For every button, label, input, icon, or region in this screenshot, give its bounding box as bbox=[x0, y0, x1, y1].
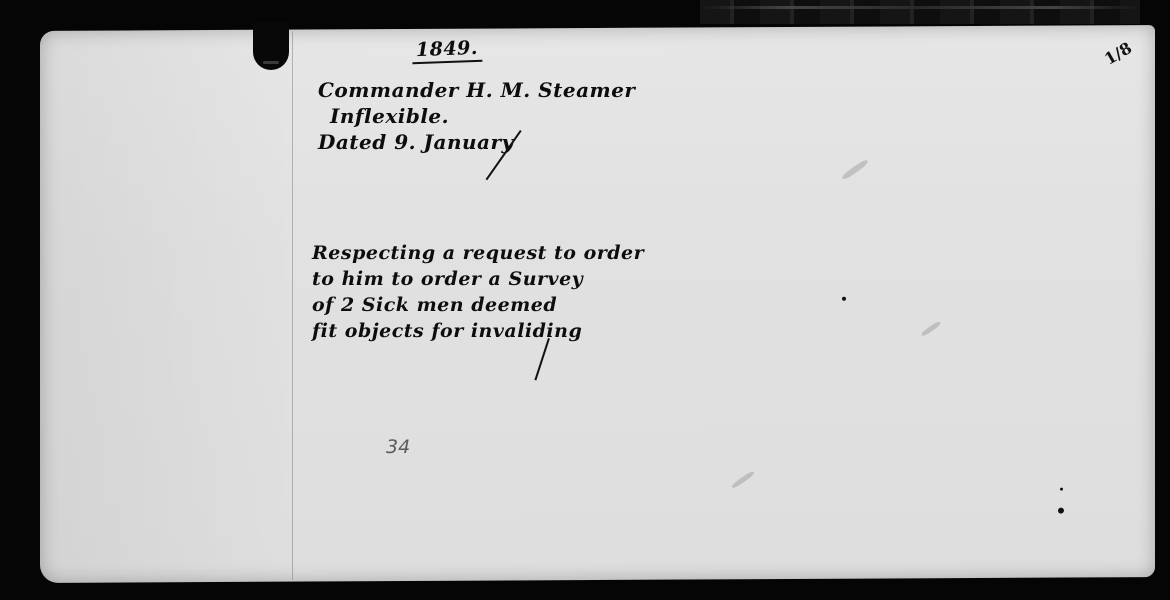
fold-line bbox=[292, 32, 293, 580]
paper-smudge bbox=[731, 470, 755, 489]
docket-description-line-3: of 2 Sick men deemed bbox=[312, 294, 557, 316]
paper-smudge bbox=[841, 159, 869, 181]
ink-speck bbox=[1060, 488, 1063, 491]
paper-smudge bbox=[921, 320, 942, 337]
left-fold-panel bbox=[40, 30, 295, 583]
docket-sender: Commander H. M. Steamer bbox=[318, 78, 635, 102]
ink-speck bbox=[842, 297, 846, 301]
ink-speck bbox=[1058, 508, 1064, 514]
docket-year: 1849. bbox=[412, 37, 483, 64]
docket-ship: Inflexible. bbox=[330, 104, 449, 128]
docket-date: Dated 9. January bbox=[318, 130, 514, 154]
docket-description-line-4: fit objects for invaliding bbox=[312, 320, 582, 342]
docket-description-line-1: Respecting a request to order bbox=[312, 242, 644, 264]
docket-description-line-2: to him to order a Survey bbox=[312, 268, 583, 290]
document-edge-strip bbox=[700, 0, 1140, 24]
scan-background: 1849. Commander H. M. Steamer Inflexible… bbox=[0, 0, 1170, 600]
pencil-folio-number: 34 bbox=[386, 436, 410, 458]
document-page bbox=[40, 25, 1155, 583]
binder-clip bbox=[253, 22, 289, 70]
